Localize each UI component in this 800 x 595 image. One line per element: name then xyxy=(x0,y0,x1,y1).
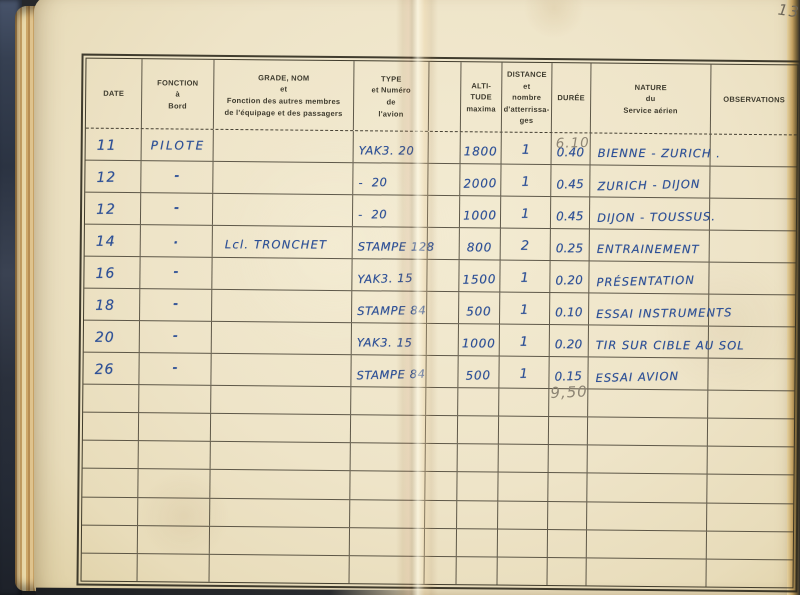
header-fold-spacer xyxy=(429,62,462,131)
handwritten-altitude: 1500 xyxy=(462,272,496,287)
handwritten-duration: 0.20 xyxy=(555,337,583,351)
cell-gap xyxy=(428,196,460,227)
cell-observations xyxy=(706,559,792,587)
handwritten-altitude: 1000 xyxy=(462,336,496,350)
handwritten-fonction: - xyxy=(173,264,178,278)
cell-nature: ESSAI AVION xyxy=(588,357,708,389)
cell-landings: 1 xyxy=(500,293,550,324)
cell-crew xyxy=(211,354,351,386)
cell-altitude: 1000 xyxy=(459,324,500,355)
handwritten-crew: Lcl. TRONCHET xyxy=(225,237,328,251)
cell-type: YAK3. 20 xyxy=(354,131,429,163)
cell-duration: 0.20 xyxy=(550,325,589,356)
handwritten-landings: 1 xyxy=(519,367,528,382)
cell-nature: ESSAI INSTRUMENTS xyxy=(589,293,709,325)
cell-fonction: - xyxy=(140,289,212,321)
cell-fonction: - xyxy=(141,193,213,225)
cell-type: YAK3. 15 xyxy=(352,323,427,355)
cell-duration xyxy=(548,530,587,558)
handwritten-duration: 0.15 xyxy=(555,369,583,384)
cell-nature: TIR SUR CIBLE AU SOL xyxy=(589,325,709,357)
cell-crew: Lcl. TRONCHET xyxy=(213,226,353,258)
cell-landings: 1 xyxy=(501,197,551,228)
cell-altitude xyxy=(457,529,498,557)
pencil-carried-total: 6.10 xyxy=(556,135,590,152)
cell-date: 14 xyxy=(85,225,141,257)
empty-log-row xyxy=(82,553,793,587)
handwritten-fonction: - xyxy=(173,296,178,310)
cell-duration xyxy=(547,558,586,586)
cell-gap xyxy=(427,260,459,291)
cell-type xyxy=(351,387,426,415)
handwritten-date: 11 xyxy=(97,138,117,154)
table-header-row: DATE FONCTION à Bord GRADE, NOM et Fonct… xyxy=(86,59,798,136)
handwritten-landings: 1 xyxy=(522,143,531,158)
cell-type xyxy=(349,556,424,584)
handwritten-date: 12 xyxy=(96,170,116,186)
cell-duration xyxy=(549,445,588,473)
cell-altitude: 800 xyxy=(460,228,501,259)
cell-gap xyxy=(425,529,457,556)
cell-fonction xyxy=(139,385,211,413)
cell-date xyxy=(83,441,139,469)
cell-gap xyxy=(425,472,457,499)
cell-altitude: 1000 xyxy=(460,196,501,227)
handwritten-landings: 1 xyxy=(520,335,529,350)
cell-gap xyxy=(427,324,459,355)
cell-duration xyxy=(548,502,587,530)
cell-landings xyxy=(499,445,549,473)
handwritten-landings: 1 xyxy=(520,271,529,286)
cell-type: - 20 xyxy=(353,195,428,227)
handwritten-altitude: 800 xyxy=(467,240,492,254)
cell-observations xyxy=(708,447,794,475)
cell-crew xyxy=(213,162,353,194)
cell-landings xyxy=(497,557,547,585)
cell-nature xyxy=(588,446,708,474)
cell-type: STAMPE 84 xyxy=(352,291,427,323)
handwritten-date: 26 xyxy=(94,362,114,378)
cell-gap xyxy=(429,132,461,163)
cell-type xyxy=(351,443,426,471)
handwritten-duration: 0.45 xyxy=(556,177,584,192)
cell-gap xyxy=(428,164,460,195)
cell-duration xyxy=(548,473,587,501)
cell-altitude xyxy=(458,388,499,416)
cell-observations xyxy=(708,359,794,391)
cell-landings xyxy=(498,473,548,501)
cell-type xyxy=(351,415,426,443)
cell-altitude: 500 xyxy=(459,292,500,323)
cell-landings xyxy=(498,501,548,529)
cell-nature: ZURICH - DIJON xyxy=(590,165,710,197)
handwritten-altitude: 1000 xyxy=(463,208,497,222)
cell-altitude xyxy=(457,473,498,501)
handwritten-fonction: - xyxy=(174,168,179,182)
handwritten-type: STAMPE 84 xyxy=(356,367,425,383)
handwritten-duration: 0.10 xyxy=(555,305,583,319)
header-distance: DISTANCE et nombre d'atterrissa- ges xyxy=(502,63,553,132)
cell-observations xyxy=(709,327,795,359)
logbook-page: 13 DATE FONCTION à Bord GRADE, NOM et Fo… xyxy=(34,0,790,595)
handwritten-date: 16 xyxy=(95,266,115,282)
handwritten-altitude: 2000 xyxy=(463,176,497,191)
header-fonction: FONCTION à Bord xyxy=(142,59,215,129)
cell-fonction: - xyxy=(140,321,212,353)
cell-crew xyxy=(210,470,350,498)
handwritten-altitude: 1800 xyxy=(464,144,498,158)
pencil-page-total: 9,50 xyxy=(550,382,588,402)
handwritten-landings: 1 xyxy=(521,175,530,190)
cell-gap xyxy=(427,292,459,323)
cell-landings xyxy=(499,417,549,445)
header-date: DATE xyxy=(86,59,143,129)
cell-altitude xyxy=(458,444,499,472)
cell-type: - 20 xyxy=(353,163,428,195)
header-nature: NATURE du Service aérien xyxy=(591,63,712,133)
cell-fonction xyxy=(139,413,211,441)
cell-observations xyxy=(710,167,796,199)
cell-crew xyxy=(210,555,350,583)
cell-landings xyxy=(498,529,548,557)
cell-date: 18 xyxy=(84,289,140,321)
cell-fonction: - xyxy=(139,353,211,385)
cell-altitude: 1500 xyxy=(459,260,500,291)
cell-fonction xyxy=(139,441,211,469)
cell-duration: 0.10 xyxy=(550,293,589,324)
cell-landings xyxy=(499,389,549,417)
cell-fonction xyxy=(138,470,210,498)
cell-observations xyxy=(711,135,797,167)
cell-gap xyxy=(428,228,460,259)
cell-nature xyxy=(588,418,708,446)
cell-type: STAMPE 128 xyxy=(353,227,428,259)
cell-gap xyxy=(426,356,458,387)
handwritten-fonction: PILOTE xyxy=(151,138,206,152)
cell-date xyxy=(82,525,138,553)
handwritten-duration: 0.45 xyxy=(556,209,584,223)
cell-altitude: 2000 xyxy=(460,164,501,195)
cell-nature: DIJON - TOUSSUS. xyxy=(590,197,710,229)
cell-type xyxy=(350,528,425,556)
cell-landings: 1 xyxy=(500,261,550,292)
handwritten-type: - 20 xyxy=(358,207,387,221)
cell-date: 16 xyxy=(84,257,140,289)
cell-date: 12 xyxy=(85,161,141,193)
handwritten-altitude: 500 xyxy=(466,304,491,318)
header-observations: OBSERVATIONS xyxy=(711,65,798,135)
cell-landings: 2 xyxy=(501,229,551,260)
cell-crew xyxy=(210,527,350,555)
cell-type: STAMPE 84 xyxy=(351,355,426,387)
cell-fonction xyxy=(138,498,210,526)
cell-observations xyxy=(710,231,796,263)
cell-duration: 0.45 xyxy=(551,165,590,196)
handwritten-fonction: - xyxy=(172,360,177,374)
cell-crew xyxy=(212,258,352,290)
handwritten-nature: BIENNE - ZURICH . xyxy=(598,146,721,160)
handwritten-altitude: 500 xyxy=(466,368,492,383)
handwritten-duration: 0.25 xyxy=(556,241,584,255)
cell-fonction: PILOTE xyxy=(142,129,214,161)
handwritten-nature: ESSAI AVION xyxy=(595,369,679,385)
cell-observations xyxy=(707,531,793,559)
cell-date xyxy=(82,497,138,525)
cell-nature xyxy=(587,502,707,530)
cell-observations xyxy=(709,295,795,327)
cell-date: 20 xyxy=(84,321,140,353)
handwritten-nature: ENTRAINEMENT xyxy=(597,242,700,256)
cell-altitude xyxy=(458,416,499,444)
cell-landings: 1 xyxy=(499,357,549,388)
handwritten-date: 18 xyxy=(95,298,115,314)
cell-date xyxy=(83,413,139,441)
cell-observations xyxy=(709,263,795,295)
scanned-logbook: 13 DATE FONCTION à Bord GRADE, NOM et Fo… xyxy=(0,0,800,595)
cell-fonction xyxy=(138,554,210,582)
cell-crew xyxy=(211,414,351,442)
cell-fonction: . xyxy=(141,225,213,257)
handwritten-landings: 1 xyxy=(521,207,530,222)
cell-duration: 0.45 xyxy=(551,197,590,228)
cell-gap xyxy=(424,557,456,584)
cell-observations xyxy=(707,503,793,531)
handwritten-date: 20 xyxy=(95,330,115,346)
cell-nature xyxy=(588,389,708,417)
header-grade-nom: GRADE, NOM et Fonction des autres membre… xyxy=(214,60,355,130)
cell-landings: 1 xyxy=(501,165,551,196)
cell-fonction xyxy=(138,526,210,554)
handwritten-type: STAMPE 128 xyxy=(358,239,435,253)
handwritten-landings: 2 xyxy=(521,239,530,254)
cell-altitude: 1800 xyxy=(461,132,502,163)
cell-nature: BIENNE - ZURICH . xyxy=(591,133,711,165)
cell-duration: 0.25 xyxy=(551,229,590,260)
cell-type xyxy=(350,500,425,528)
handwritten-nature: DIJON - TOUSSUS. xyxy=(597,209,716,225)
handwritten-fonction: - xyxy=(173,328,178,342)
header-type-avion: TYPE et Numéro de l'avion xyxy=(354,61,430,131)
cell-altitude xyxy=(456,557,497,585)
handwritten-nature: PRÉSENTATION xyxy=(596,273,695,289)
cell-observations xyxy=(707,475,793,503)
handwritten-date: 12 xyxy=(96,202,116,218)
cell-nature xyxy=(587,530,707,558)
cell-date xyxy=(83,385,139,413)
handwritten-type: YAK3. 20 xyxy=(359,143,415,157)
cell-observations xyxy=(708,391,794,419)
cell-landings: 1 xyxy=(502,133,552,164)
cell-crew xyxy=(213,194,353,226)
cell-observations xyxy=(710,199,796,231)
cell-duration: 0.20 xyxy=(550,261,589,292)
header-altitude: ALTI- TUDE maxima xyxy=(461,62,503,131)
cell-fonction: - xyxy=(141,161,213,193)
handwritten-duration: 0.20 xyxy=(555,273,583,288)
cell-crew xyxy=(211,386,351,414)
handwritten-type: YAK3. 15 xyxy=(357,271,413,286)
cell-nature: PRÉSENTATION xyxy=(589,261,709,293)
cell-observations xyxy=(708,419,794,447)
cell-nature xyxy=(586,558,706,586)
handwritten-date: 14 xyxy=(96,234,116,250)
handwritten-nature: ZURICH - DIJON xyxy=(597,177,700,194)
cell-fonction: - xyxy=(140,257,212,289)
cell-crew xyxy=(212,322,352,354)
cell-crew xyxy=(212,290,352,322)
cell-crew xyxy=(210,498,350,526)
handwritten-type: STAMPE 84 xyxy=(357,303,426,318)
handwritten-fonction: - xyxy=(174,200,179,214)
handwritten-type: YAK3. 15 xyxy=(357,335,413,349)
header-duree: DURÉE xyxy=(552,63,592,132)
cell-nature: ENTRAINEMENT xyxy=(590,229,710,261)
cell-date xyxy=(82,553,138,581)
page-number: 13 xyxy=(777,1,800,22)
handwritten-landings: 1 xyxy=(520,303,529,318)
handwritten-type: - 20 xyxy=(358,175,387,190)
cell-date: 12 xyxy=(85,193,141,225)
cell-type: YAK3. 15 xyxy=(352,259,427,291)
cell-duration xyxy=(549,417,588,445)
flight-log-table: DATE FONCTION à Bord GRADE, NOM et Fonct… xyxy=(81,58,799,589)
cell-gap xyxy=(426,388,458,415)
cell-gap xyxy=(426,416,458,443)
cell-gap xyxy=(425,500,457,527)
cell-type xyxy=(350,472,425,500)
cell-altitude xyxy=(457,501,498,529)
cell-crew xyxy=(211,442,351,470)
cell-date: 26 xyxy=(83,353,139,385)
cell-date xyxy=(82,469,138,497)
cell-crew xyxy=(214,130,354,162)
handwritten-fonction: . xyxy=(174,232,179,246)
cell-date: 11 xyxy=(86,129,142,161)
cell-altitude: 500 xyxy=(458,356,499,387)
cell-gap xyxy=(426,444,458,471)
cell-landings: 1 xyxy=(500,325,550,356)
cell-nature xyxy=(587,474,707,502)
